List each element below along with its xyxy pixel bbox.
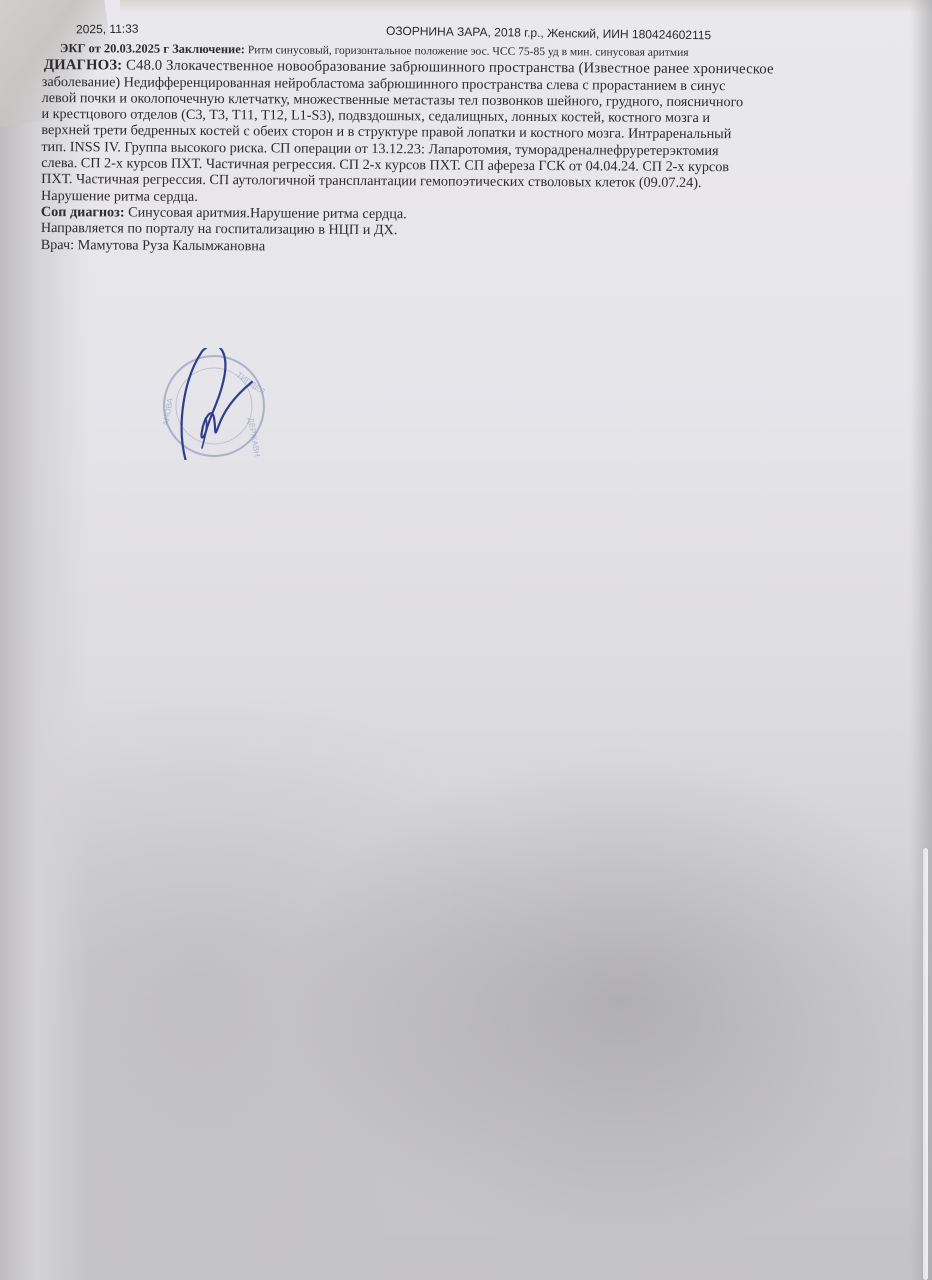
page-right-shadow bbox=[910, 0, 932, 1280]
comorbid-label: Соп диагноз: bbox=[41, 204, 125, 221]
patient-info: ОЗОРНИНА ЗАРА, 2018 г.р., Женский, ИИН 1… bbox=[386, 24, 711, 43]
seal-signature-icon: ТИПДЕЛ ДЕРЖАВН АНОВА bbox=[156, 348, 268, 460]
svg-text:АНОВА: АНОВА bbox=[161, 397, 175, 427]
seal-stamp: ТИПДЕЛ ДЕРЖАВН АНОВА bbox=[156, 348, 268, 460]
vertical-scrollbar[interactable] bbox=[923, 848, 928, 1280]
ecg-date: от 20.03.2025 г bbox=[85, 41, 172, 56]
medical-document-body: ЭКГ от 20.03.2025 г Заключение: Ритм син… bbox=[41, 40, 912, 258]
print-datetime: 2025, 11:33 bbox=[76, 22, 139, 37]
diagnosis-label: ДИАГНОЗ: bbox=[44, 57, 122, 73]
print-header: 2025, 11:33 ОЗОРНИНА ЗАРА, 2018 г.р., Же… bbox=[0, 22, 932, 40]
ecg-prefix: ЭКГ bbox=[60, 41, 86, 55]
ecg-conclusion-text: Ритм синусовый, горизонтальное положение… bbox=[245, 44, 689, 59]
page-top-edge bbox=[120, 0, 932, 14]
comorbid-text: Синусовая аритмия.Нарушение ритма сердца… bbox=[125, 204, 407, 222]
ecg-conclusion-label: Заключение: bbox=[172, 42, 245, 56]
svg-text:ДЕРЖАВН: ДЕРЖАВН bbox=[246, 417, 262, 458]
